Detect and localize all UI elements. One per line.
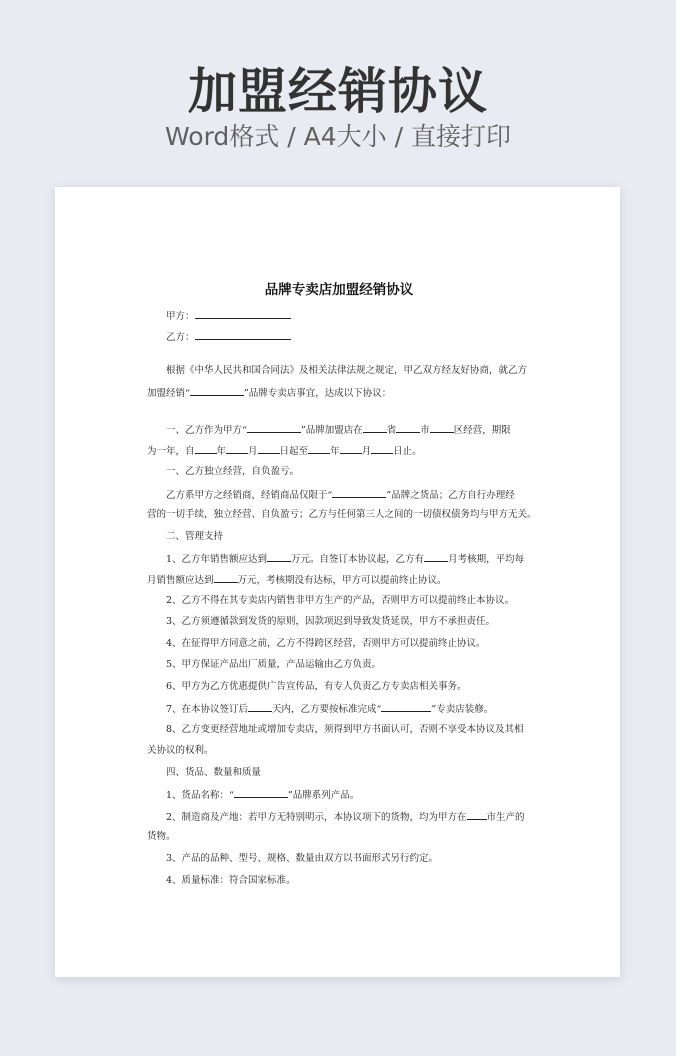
management-item-2: 2、乙方不得在其专卖店内销售非甲方生产的产品，否则甲方可以提前终止本协议。 <box>147 594 531 608</box>
day-blank <box>371 443 393 454</box>
clause-1-line-1: 一、乙方作为甲方“”品牌加盟店在省市区经营，期限 <box>147 422 531 438</box>
clause-2-heading: 一、乙方独立经营，自负盈亏。 <box>147 465 531 479</box>
management-item-8-line-2: 关协议的权利。 <box>147 744 531 758</box>
brand-blank <box>190 385 244 396</box>
management-item-6: 6、甲方为乙方优惠提供广告宣传品，有专人负责乙方专卖店相关事务。 <box>147 680 531 694</box>
district-blank <box>430 422 454 433</box>
month-blank <box>226 443 248 454</box>
brand-blank <box>247 422 301 433</box>
party-b-label: 乙方： <box>166 332 195 343</box>
clause-text: 乙方系甲方之经销商，经销商品仅限于“ <box>166 490 332 501</box>
clause-text: 年 <box>217 446 227 457</box>
clause-text: 月 <box>362 446 372 457</box>
brand-blank <box>234 787 288 798</box>
management-item-5: 5、甲方保证产品出厂质量，产品运输由乙方负责。 <box>147 658 531 672</box>
clause-text: ”品牌之货品；乙方自行办理经 <box>386 490 514 501</box>
clause-text: 省 <box>387 425 397 436</box>
goods-item-2-line-1: 2、制造商及产地：若甲方无特别明示，本协议项下的货物，均为甲方在市生产的 <box>147 809 531 825</box>
clause-2-line-1: 乙方系甲方之经销商，经销商品仅限于“”品牌之货品；乙方自行办理经 <box>147 487 531 503</box>
clause-text: ”品牌加盟店在 <box>301 425 363 436</box>
goods-item-3: 3、产品的品种、型号、规格、数量由双方以书面形式另行约定。 <box>147 852 531 866</box>
management-item-4: 4、在征得甲方同意之前，乙方不得跨区经营，否则甲方可以提前终止协议。 <box>147 637 531 651</box>
party-b-blank <box>195 329 291 340</box>
intro-text: 加盟经销“ <box>147 388 190 399</box>
clause-text: 2、制造商及产地：若甲方无特别明示，本协议项下的货物，均为甲方在 <box>166 812 467 823</box>
clause-text: 万元。自签订本协议起，乙方有 <box>291 554 424 565</box>
clause-text: 月考核期，平均每 <box>448 554 524 565</box>
clause-text: 区经营，期限 <box>454 425 511 436</box>
brand-blank <box>381 701 431 712</box>
clause-text: 天内，乙方要按标准完成“ <box>272 704 381 715</box>
section-management-heading: 二、管理支持 <box>147 530 531 544</box>
clause-text: ”品牌系列产品。 <box>288 790 359 801</box>
management-item-3: 3、乙方须遵循款到发货的原则，因款项迟到导致发货延误，甲方不承担责任。 <box>147 615 531 629</box>
amount-blank <box>214 572 238 583</box>
banner-subtitle: Word格式 / A4大小 / 直接打印 <box>0 120 676 154</box>
clause-text: ”专卖店装修。 <box>431 704 493 715</box>
intro-line-2: 加盟经销“”品牌专卖店事宜，达成以下协议： <box>147 385 531 401</box>
clause-text: 月销售额应达到 <box>147 575 214 586</box>
clause-text: 为一年，自 <box>147 446 195 457</box>
document-title: 品牌专卖店加盟经销协议 <box>147 278 531 298</box>
clause-text: 1、货品名称：“ <box>166 790 234 801</box>
clause-text: 年 <box>330 446 340 457</box>
banner-title: 加盟经销协议 <box>0 62 676 122</box>
clause-1-line-2: 为一年，自年月日起至年月日止。 <box>147 443 531 459</box>
clause-text: 万元，考核期没有达标，甲方可以提前终止协议。 <box>238 575 447 586</box>
amount-blank <box>267 551 291 562</box>
party-a-line: 甲方： <box>147 308 531 324</box>
clause-text: 日起至 <box>280 446 309 457</box>
month-blank <box>340 443 362 454</box>
goods-item-1: 1、货品名称：“”品牌系列产品。 <box>147 787 531 803</box>
clause-text: 7、在本协议签订后 <box>166 704 248 715</box>
clause-text: 市生产的 <box>487 812 525 823</box>
year-blank <box>308 443 330 454</box>
city-blank <box>396 422 420 433</box>
year-blank <box>195 443 217 454</box>
management-item-8-line-1: 8、乙方变更经营地址或增加专卖店，须得到甲方书面认可，否则不享受本协议及其相 <box>147 723 531 737</box>
clause-text: 日止。 <box>393 446 422 457</box>
province-blank <box>363 422 387 433</box>
document-page: 品牌专卖店加盟经销协议 甲方： 乙方： 根据《中华人民共和国合同法》及相关法律法… <box>55 187 620 977</box>
clause-text: 月 <box>248 446 258 457</box>
management-item-7: 7、在本协议签订后天内，乙方要按标准完成“”专卖店装修。 <box>147 701 531 717</box>
clause-2-line-2: 营的一切手续，独立经营、自负盈亏；乙方与任何第三人之间的一切债权债务均与甲方无关… <box>147 508 531 522</box>
party-a-label: 甲方： <box>166 311 195 322</box>
party-a-blank <box>195 308 291 319</box>
management-item-1-line-2: 月销售额应达到万元，考核期没有达标，甲方可以提前终止协议。 <box>147 572 531 588</box>
months-blank <box>424 551 448 562</box>
clause-text: 市 <box>420 425 430 436</box>
management-item-1-line-1: 1、乙方年销售额应达到万元。自签订本协议起，乙方有月考核期，平均每 <box>147 551 531 567</box>
clause-text: 一、乙方作为甲方“ <box>166 425 247 436</box>
days-blank <box>248 701 272 712</box>
goods-item-2-line-2: 货物。 <box>147 830 531 844</box>
day-blank <box>258 443 280 454</box>
city-blank <box>467 809 487 820</box>
intro-text: ”品牌专卖店事宜，达成以下协议： <box>244 388 391 399</box>
section-goods-heading: 四、货品、数量和质量 <box>147 766 531 780</box>
party-b-line: 乙方： <box>147 329 531 345</box>
brand-blank <box>332 487 386 498</box>
intro-line-1: 根据《中华人民共和国合同法》及相关法律法规之规定，甲乙双方经友好协商，就乙方 <box>147 364 531 378</box>
clause-text: 1、乙方年销售额应达到 <box>166 554 267 565</box>
goods-item-4: 4、质量标准：符合国家标准。 <box>147 874 531 888</box>
